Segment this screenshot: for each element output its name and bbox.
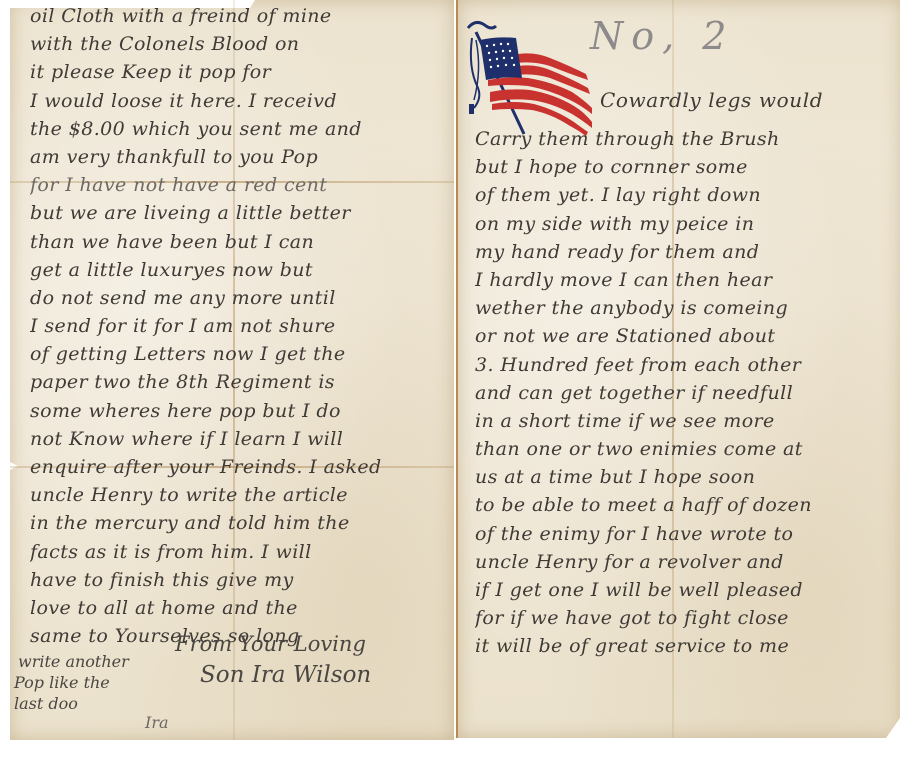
letter-line: in a short time if we see more bbox=[475, 407, 900, 435]
letter-line: oil Cloth with a freind of mine bbox=[30, 2, 450, 30]
patriotic-us-flag-icon bbox=[462, 18, 602, 136]
letter-line: facts as it is from him. I will bbox=[30, 538, 450, 566]
right-page-body: Carry them through the Brush but I hope … bbox=[475, 125, 900, 661]
letter-line: us at a time but I hope soon bbox=[475, 463, 900, 491]
letter-line: or not we are Stationed about bbox=[475, 322, 900, 350]
letter-line: than we have been but I can bbox=[30, 228, 450, 256]
letter-line: wether the anybody is comeing bbox=[475, 294, 900, 322]
initial-signature: Ira bbox=[145, 713, 169, 732]
letter-line: of them yet. I lay right down bbox=[475, 181, 900, 209]
letter-line: of getting Letters now I get the bbox=[30, 340, 450, 368]
letter-line: not Know where if I learn I will bbox=[30, 425, 450, 453]
letter-line: Carry them through the Brush bbox=[475, 125, 900, 153]
letter-line: love to all at home and the bbox=[30, 594, 450, 622]
letter-line: have to finish this give my bbox=[30, 566, 450, 594]
postscript-line: Pop like the bbox=[14, 673, 110, 692]
right-page-first-line: Cowardly legs would bbox=[600, 88, 823, 112]
page-number: No, 2 bbox=[590, 14, 734, 58]
letter-line: it please Keep it pop for bbox=[30, 58, 450, 86]
letter-line: my hand ready for them and bbox=[475, 238, 900, 266]
letter-line: I hardly move I can then hear bbox=[475, 266, 900, 294]
letter-line: in the mercury and told him the bbox=[30, 509, 450, 537]
letter-line: but we are liveing a little better bbox=[30, 199, 450, 227]
postscript-line: write another bbox=[18, 652, 129, 671]
letter-line: I would loose it here. I receivd bbox=[30, 87, 450, 115]
closing-from-line: From Your Loving bbox=[175, 632, 366, 656]
letter-line: 3. Hundred feet from each other bbox=[475, 351, 900, 379]
letter-line: if I get one I will be well pleased bbox=[475, 576, 900, 604]
letter-line: the $8.00 which you sent me and bbox=[30, 115, 450, 143]
letter-line: some wheres here pop but I do bbox=[30, 397, 450, 425]
letter-line: am very thankfull to you Pop bbox=[30, 143, 450, 171]
letter-line: paper two the 8th Regiment is bbox=[30, 368, 450, 396]
left-page-body: oil Cloth with a freind of mine with the… bbox=[30, 2, 450, 650]
letter-line: do not send me any more until bbox=[30, 284, 450, 312]
letter-line: to be able to meet a haff of dozen bbox=[475, 491, 900, 519]
letter-line: I send for it for I am not shure bbox=[30, 312, 450, 340]
letter-line: it will be of great service to me bbox=[475, 632, 900, 660]
letter-line: with the Colonels Blood on bbox=[30, 30, 450, 58]
letter-line: uncle Henry to write the article bbox=[30, 481, 450, 509]
letter-line: enquire after your Freinds. I asked bbox=[30, 453, 450, 481]
letter-line: for I have not have a red cent bbox=[30, 171, 450, 199]
signature: Son Ira Wilson bbox=[200, 662, 371, 688]
letter-line: for if we have got to fight close bbox=[475, 604, 900, 632]
letter-line: of the enimy for I have wrote to bbox=[475, 520, 900, 548]
letter-line: get a little luxuryes now but bbox=[30, 256, 450, 284]
postscript-line: last doo bbox=[14, 694, 78, 713]
letter-line: and can get together if needfull bbox=[475, 379, 900, 407]
letter-line: but I hope to cornner some bbox=[475, 153, 900, 181]
letter-line: on my side with my peice in bbox=[475, 210, 900, 238]
letter-line: uncle Henry for a revolver and bbox=[475, 548, 900, 576]
letter-line: than one or two enimies come at bbox=[475, 435, 900, 463]
